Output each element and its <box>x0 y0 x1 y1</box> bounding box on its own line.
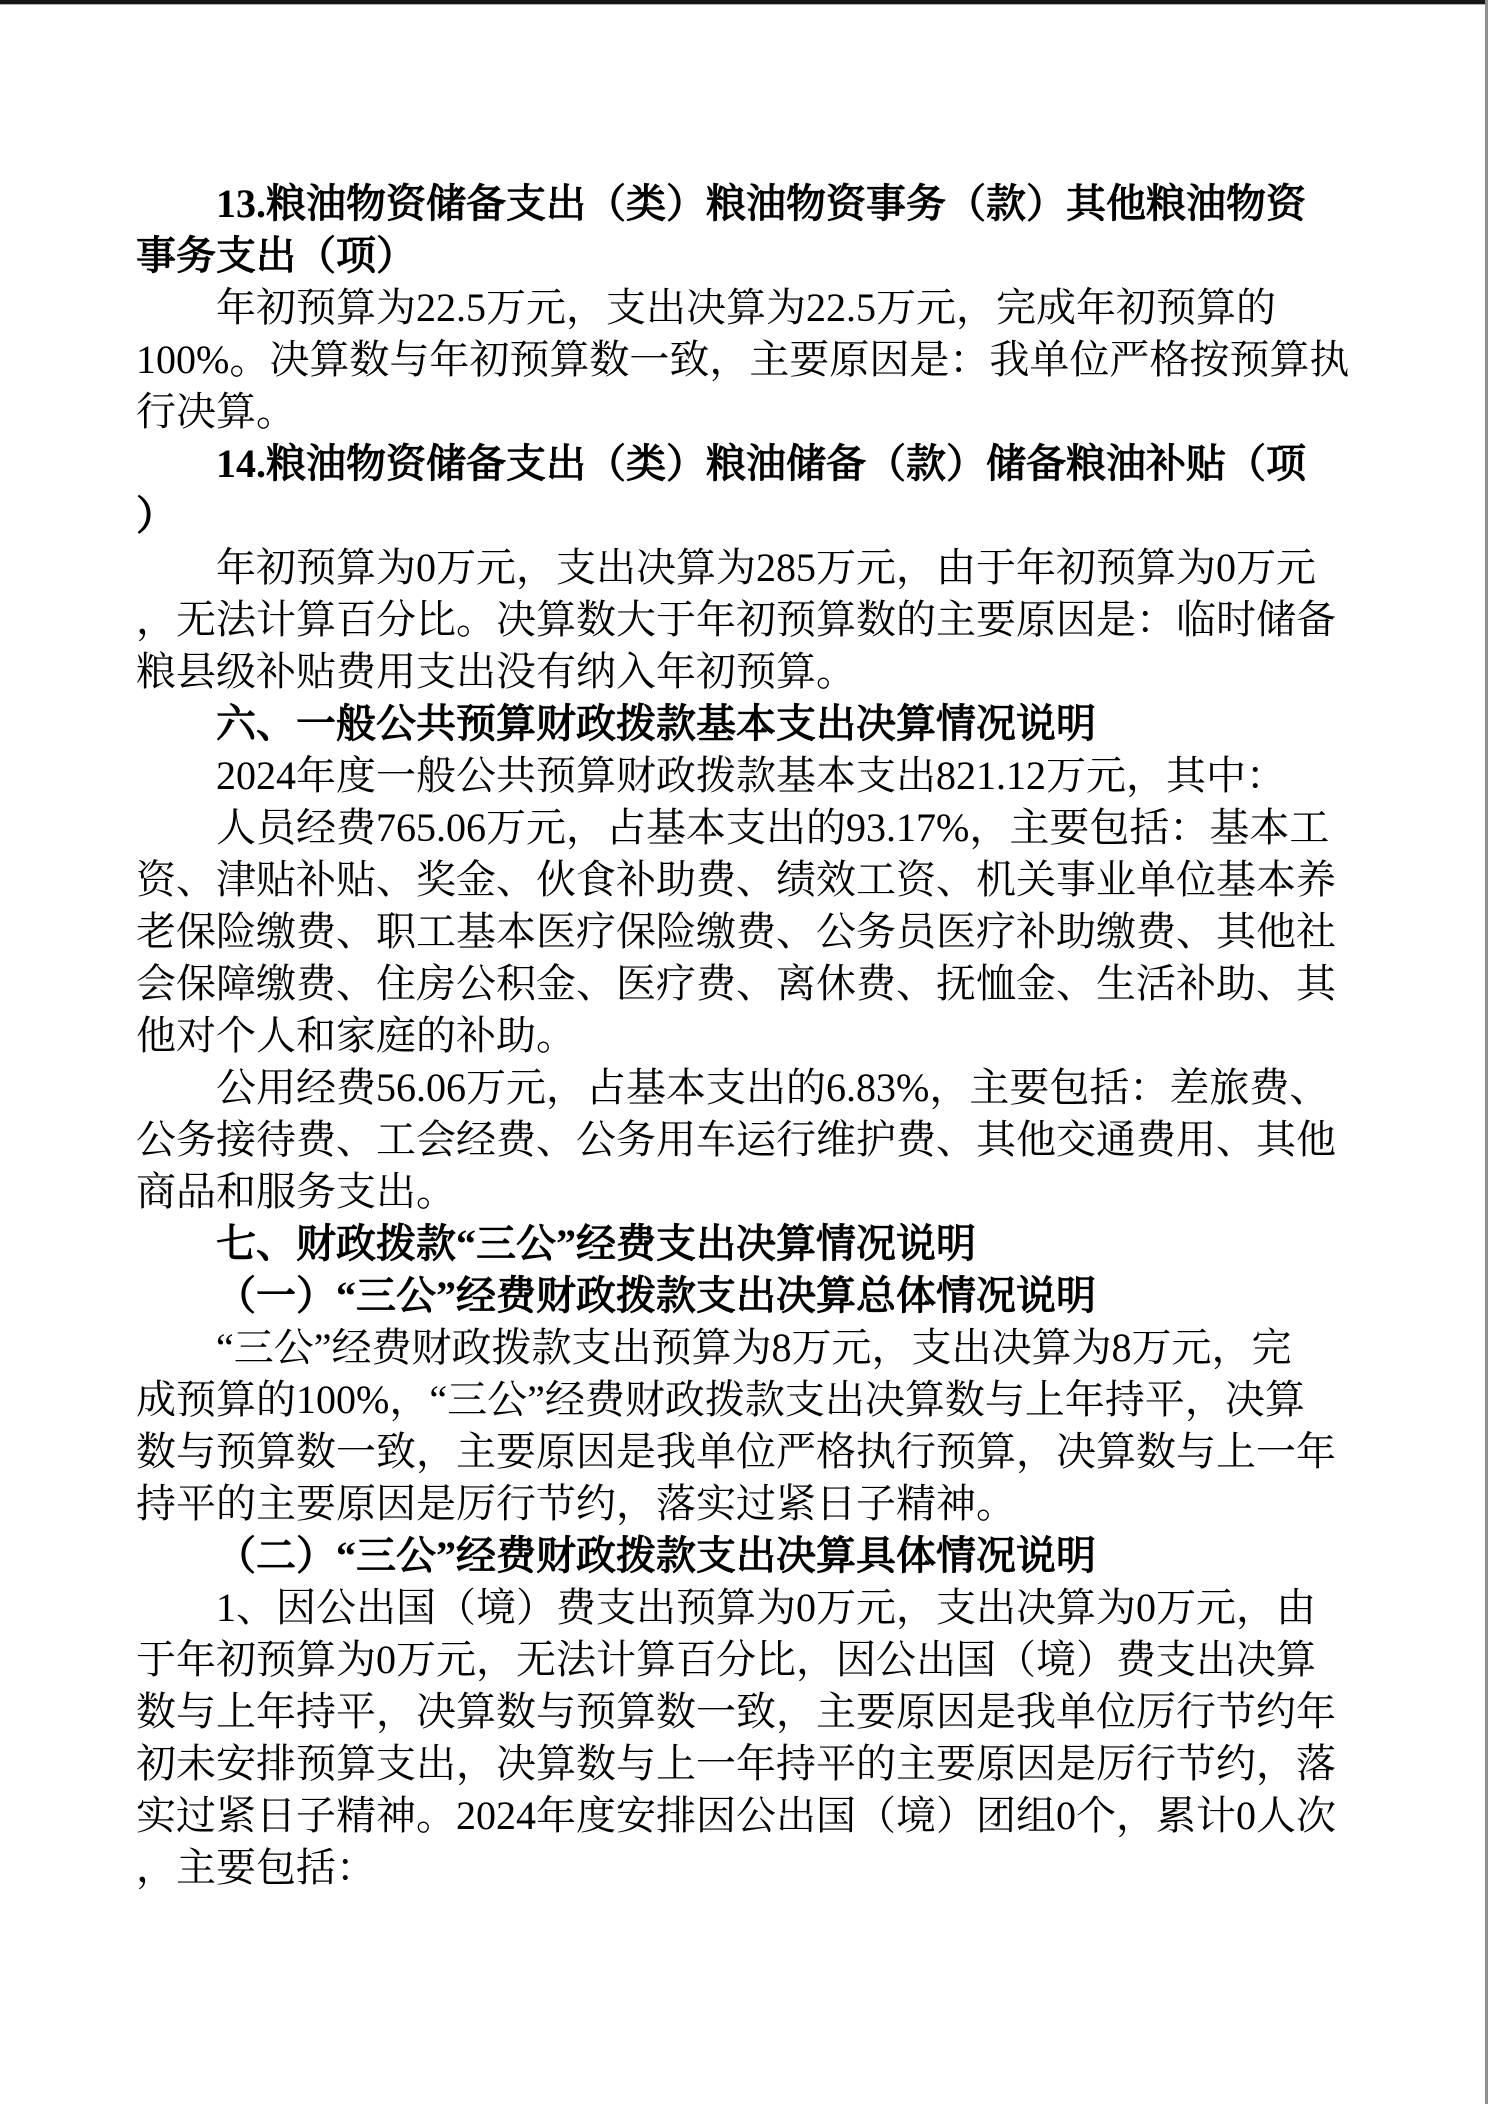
public-expenses-paragraph: 公用经费56.06万元，占基本支出的6.83%，主要包括：差旅费、 公务接待费、… <box>136 1062 1346 1218</box>
page-top-edge <box>0 0 1488 5</box>
text-line: 2024年度一般公共预算财政拨款基本支出821.12万元，其中： <box>136 750 1346 802</box>
section-14-heading: 14.粮油物资储备支出（类）粮油储备（款）储备粮油补贴（项 ） <box>136 438 1346 542</box>
text-line: 粮县级补贴费用支出没有纳入年初预算。 <box>136 646 1346 698</box>
text-line: 初未安排预算支出，决算数与上一年持平的主要原因是厉行节约，落 <box>136 1738 1346 1790</box>
document-content: 13.粮油物资储备支出（类）粮油物资事务（款）其他粮油物资 事务支出（项） 年初… <box>136 178 1346 1894</box>
text-line: 公务接待费、工会经费、公务用车运行维护费、其他交通费用、其他 <box>136 1114 1346 1166</box>
text-line: 资、津贴补贴、奖金、伙食补助费、绩效工资、机关事业单位基本养 <box>136 854 1346 906</box>
section-14-body: 年初预算为0万元，支出决算为285万元，由于年初预算为0万元 ，无法计算百分比。… <box>136 542 1346 698</box>
text-line: 人员经费765.06万元，占基本支出的93.17%，主要包括：基本工 <box>136 802 1346 854</box>
text-line: 13.粮油物资储备支出（类）粮油物资事务（款）其他粮油物资 <box>136 178 1346 230</box>
text-line: 公用经费56.06万元，占基本支出的6.83%，主要包括：差旅费、 <box>136 1062 1346 1114</box>
text-line: 会保障缴费、住房公积金、医疗费、离休费、抚恤金、生活补助、其 <box>136 958 1346 1010</box>
section-7-1-body: “三公”经费财政拨款支出预算为8万元，支出决算为8万元，完 成预算的100%，“… <box>136 1322 1346 1530</box>
text-line: 于年初预算为0万元，无法计算百分比，因公出国（境）费支出决算 <box>136 1634 1346 1686</box>
text-line: 成预算的100%，“三公”经费财政拨款支出决算数与上年持平，决算 <box>136 1374 1346 1426</box>
section-7-2-heading: （二）“三公”经费财政拨款支出决算具体情况说明 <box>136 1530 1346 1582</box>
text-line: 100%。决算数与年初预算数一致，主要原因是：我单位严格按预算执 <box>136 334 1346 386</box>
section-7-1-heading: （一）“三公”经费财政拨款支出决算总体情况说明 <box>136 1270 1346 1322</box>
text-line: 六、一般公共预算财政拨款基本支出决算情况说明 <box>136 698 1346 750</box>
text-line: ，无法计算百分比。决算数大于年初预算数的主要原因是：临时储备 <box>136 594 1346 646</box>
section-6-intro: 2024年度一般公共预算财政拨款基本支出821.12万元，其中： <box>136 750 1346 802</box>
text-line: ，主要包括： <box>136 1842 1346 1894</box>
text-line: 数与预算数一致，主要原因是我单位严格执行预算，决算数与上一年 <box>136 1426 1346 1478</box>
text-line: ） <box>136 490 1346 542</box>
section-7-2-item-1: 1、因公出国（境）费支出预算为0万元，支出决算为0万元，由 于年初预算为0万元，… <box>136 1582 1346 1894</box>
text-line: 数与上年持平，决算数与预算数一致，主要原因是我单位厉行节约年 <box>136 1686 1346 1738</box>
personnel-expenses-paragraph: 人员经费765.06万元，占基本支出的93.17%，主要包括：基本工 资、津贴补… <box>136 802 1346 1062</box>
text-line: 老保险缴费、职工基本医疗保险缴费、公务员医疗补助缴费、其他社 <box>136 906 1346 958</box>
text-line: 七、财政拨款“三公”经费支出决算情况说明 <box>136 1218 1346 1270</box>
text-line: 14.粮油物资储备支出（类）粮油储备（款）储备粮油补贴（项 <box>136 438 1346 490</box>
text-line: 他对个人和家庭的补助。 <box>136 1010 1346 1062</box>
text-line: 持平的主要原因是厉行节约，落实过紧日子精神。 <box>136 1478 1346 1530</box>
text-line: “三公”经费财政拨款支出预算为8万元，支出决算为8万元，完 <box>136 1322 1346 1374</box>
text-line: 1、因公出国（境）费支出预算为0万元，支出决算为0万元，由 <box>136 1582 1346 1634</box>
text-line: 年初预算为22.5万元，支出决算为22.5万元，完成年初预算的 <box>136 282 1346 334</box>
text-line: 年初预算为0万元，支出决算为285万元，由于年初预算为0万元 <box>136 542 1346 594</box>
section-13-body: 年初预算为22.5万元，支出决算为22.5万元，完成年初预算的 100%。决算数… <box>136 282 1346 438</box>
text-line: （二）“三公”经费财政拨款支出决算具体情况说明 <box>136 1530 1346 1582</box>
section-7-heading: 七、财政拨款“三公”经费支出决算情况说明 <box>136 1218 1346 1270</box>
section-6-heading: 六、一般公共预算财政拨款基本支出决算情况说明 <box>136 698 1346 750</box>
text-line: 行决算。 <box>136 386 1346 438</box>
section-13-heading: 13.粮油物资储备支出（类）粮油物资事务（款）其他粮油物资 事务支出（项） <box>136 178 1346 282</box>
text-line: （一）“三公”经费财政拨款支出决算总体情况说明 <box>136 1270 1346 1322</box>
text-line: 商品和服务支出。 <box>136 1166 1346 1218</box>
text-line: 事务支出（项） <box>136 230 1346 282</box>
text-line: 实过紧日子精神。2024年度安排因公出国（境）团组0个，累计0人次 <box>136 1790 1346 1842</box>
